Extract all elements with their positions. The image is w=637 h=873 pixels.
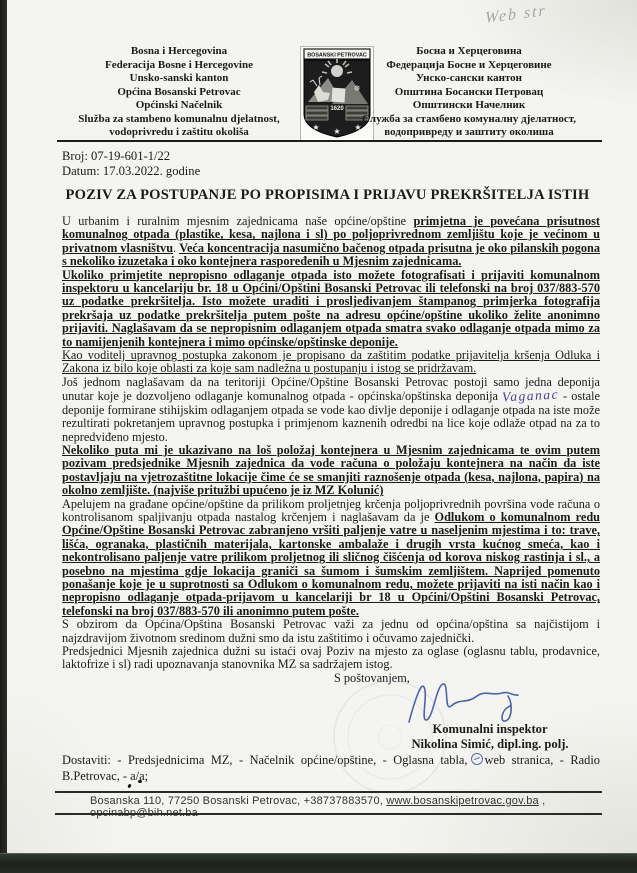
document-number: Broj: 07-19-601-1/22 bbox=[62, 149, 200, 164]
document-title: POZIV ZA POSTUPANJE PO PROPISIMA I PRIJA… bbox=[55, 187, 600, 204]
footer-website-link: www.bosanskipetrovac.gov.ba bbox=[386, 795, 539, 807]
issuer-line: Služba za stambeno komunalnu djelatnost, bbox=[53, 113, 305, 127]
document-body: U urbanim i ruralnim mjesnim zajednicama… bbox=[62, 215, 600, 685]
body-paragraphs: U urbanim i ruralnim mjesnim zajednicama… bbox=[62, 215, 600, 672]
footer-divider-top bbox=[55, 791, 602, 793]
text-run: Nekoliko puta mi je ukazivano na loš pol… bbox=[62, 443, 600, 497]
scan-edge-bottom bbox=[0, 853, 637, 873]
issuer-line: Federacija Bosne i Hercegovine bbox=[53, 59, 305, 73]
issuer-line: vodoprivredu i zaštitu okoliša bbox=[53, 126, 305, 140]
issuer-line: водопривреду и заштиту околиша bbox=[343, 126, 595, 140]
body-paragraph: Apelujem na građane općine/opštine da pr… bbox=[62, 498, 600, 619]
body-paragraph: U urbanim i ruralnim mjesnim zajednicama… bbox=[62, 215, 600, 269]
document-meta: Broj: 07-19-601-1/22 Datum: 17.03.2022. … bbox=[62, 149, 200, 179]
issuer-line: Općina Bosanski Petrovac bbox=[53, 86, 305, 100]
distribution-list: Dostaviti: - Predsjednicima MZ, - Načeln… bbox=[62, 753, 600, 784]
body-paragraph: Nekoliko puta mi je ukazivano na loš pol… bbox=[62, 444, 600, 498]
scan-edge-left bbox=[0, 0, 7, 873]
footer-address: Bosanska 110, 77250 Bosanski Petrovac, +… bbox=[90, 795, 386, 807]
distribution-text: Dostaviti: - Predsjednicima MZ, - Načeln… bbox=[62, 753, 468, 767]
body-paragraph: Kao voditelj upravnog postupka zakonom j… bbox=[62, 349, 600, 376]
header-divider bbox=[57, 140, 602, 142]
text-run: Predsjednici Mjesnih zajednica dužni su … bbox=[62, 644, 600, 671]
issuer-line: Unsko-sanski kanton bbox=[53, 72, 305, 86]
issuer-line: Bosna i Hercegovina bbox=[53, 45, 305, 59]
ink-speck bbox=[127, 784, 132, 789]
issuer-line: Općinski Načelnik bbox=[53, 99, 305, 113]
signer-role: Komunalni inspektor bbox=[385, 722, 595, 737]
scanned-document-page: Web str Bosna i Hercegovina Federacija B… bbox=[7, 0, 637, 853]
text-run: Odlukom o komunalnom redu Općine/Opštine… bbox=[62, 510, 600, 618]
footer-divider-bottom bbox=[55, 813, 602, 815]
issuer-line: Служба за стамбено комуналну дјелатност, bbox=[343, 113, 595, 127]
footer-contact-line: Bosanska 110, 77250 Bosanski Petrovac, +… bbox=[90, 795, 610, 819]
circled-web-mark-icon bbox=[471, 753, 483, 765]
issuer-line: Општински Начелник bbox=[343, 99, 595, 113]
svg-text:★: ★ bbox=[333, 127, 340, 136]
signature-block: Komunalni inspektor Nikolina Simić, dipl… bbox=[385, 722, 595, 752]
svg-text:★: ★ bbox=[312, 123, 319, 132]
text-run: S obzirom da Općina/Opština Bosanski Pet… bbox=[62, 617, 600, 644]
text-run: Kao voditelj upravnog postupka zakonom j… bbox=[62, 348, 600, 375]
signer-name: Nikolina Simić, dipl.ing. polj. bbox=[385, 737, 595, 752]
document-date: Datum: 17.03.2022. godine bbox=[62, 164, 200, 179]
ink-speck bbox=[138, 780, 142, 783]
body-paragraph: Još jednom naglašavam da na teritoriji O… bbox=[62, 376, 600, 444]
issuer-line: Босна и Херцеговина bbox=[343, 45, 595, 59]
body-paragraph: S obzirom da Općina/Opština Bosanski Pet… bbox=[62, 618, 600, 645]
header-issuer-cyrillic: Босна и Херцеговина Федерација Босне и Х… bbox=[343, 45, 595, 140]
body-paragraph: Predsjednici Mjesnih zajednica dužni su … bbox=[62, 645, 600, 672]
handwritten-pencil-note: Web str bbox=[485, 2, 547, 28]
body-paragraph: Ukoliko primjetite nepropisno odlaganje … bbox=[62, 269, 600, 349]
issuer-line: Унско-сански кантон bbox=[343, 72, 595, 86]
issuer-line: Општина Босански Петровац bbox=[343, 86, 595, 100]
text-run: Ukoliko primjetite nepropisno odlaganje … bbox=[62, 268, 600, 349]
issuer-line: Федерација Босне и Херцеговине bbox=[343, 59, 595, 73]
text-run: U urbanim i ruralnim mjesnim zajednicama… bbox=[62, 214, 413, 228]
header-issuer-latin: Bosna i Hercegovina Federacija Bosne i H… bbox=[53, 45, 305, 140]
